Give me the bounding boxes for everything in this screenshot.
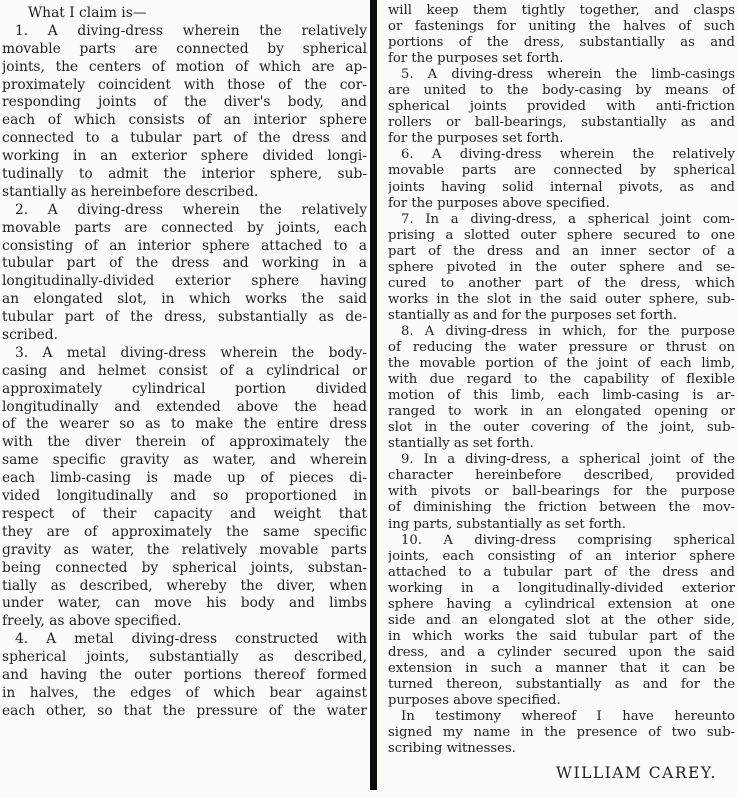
- text-line: with due regard to the capability of fle…: [388, 372, 735, 388]
- text-line: connected to a tubular part of the dress…: [2, 130, 367, 148]
- text-line: for the purposes set forth.: [388, 51, 735, 67]
- text-line: and having the outer portions thereof fo…: [2, 667, 367, 685]
- text-line: stantially as hereinbefore described.: [2, 184, 367, 202]
- column-divider-rule: [370, 0, 377, 790]
- text-line: of diminishing the friction between the …: [388, 500, 735, 516]
- paragraph-claim: 1. A diving-dress wherein the relatively…: [2, 23, 367, 202]
- text-line: stantially as and for the purposes set f…: [388, 308, 735, 324]
- text-line: prising a slotted outer sphere secured t…: [388, 228, 735, 244]
- text-line: purposes above specified.: [388, 693, 735, 709]
- text-line: joints having solid internal pivots, as …: [388, 180, 735, 196]
- text-line: stantially as set forth.: [388, 436, 735, 452]
- text-line: an elongated slot, in which works the sa…: [2, 291, 367, 309]
- text-line: tubular part of the dress and working in…: [2, 255, 367, 273]
- text-line: 1. A diving-dress wherein the relatively: [2, 23, 367, 41]
- text-line: cured to another part of the dress, whic…: [388, 276, 735, 292]
- text-line: movable parts are connected by spherical: [388, 163, 735, 179]
- text-line: rollers or ball-bearings, substantially …: [388, 115, 735, 131]
- paragraph-intro: What I claim is—: [2, 5, 367, 23]
- paragraph-claim: 9. In a diving-dress, a spherical joint …: [388, 452, 735, 532]
- text-line: same specific gravity as water, and wher…: [2, 452, 367, 470]
- paragraph-claim: 7. In a diving-dress, a spherical joint …: [388, 212, 735, 324]
- text-line: dress, and a cylinder secured upon the s…: [388, 645, 735, 661]
- text-line: movable parts are connected by spherical: [2, 41, 367, 59]
- text-line: being connected by spherical joints, sub…: [2, 560, 367, 578]
- text-line: are united to the body-casing by means o…: [388, 83, 735, 99]
- text-line: extension in such a manner that it can b…: [388, 661, 735, 677]
- text-line: longitudinally and extended above the he…: [2, 399, 367, 417]
- paragraph-claim: 3. A metal diving-dress wherein the body…: [2, 345, 367, 631]
- text-line: 7. In a diving-dress, a spherical joint …: [388, 212, 735, 228]
- text-line: works in the slot in the said outer sphe…: [388, 292, 735, 308]
- text-line: with the diver therein of approximately …: [2, 434, 367, 452]
- text-line: character hereinbefore described, provid…: [388, 468, 735, 484]
- text-line: joints, each consisting of an interior s…: [388, 549, 735, 565]
- text-line: working in an exterior sphere divided lo…: [2, 148, 367, 166]
- text-line: approximately cylindrical portion divide…: [2, 381, 367, 399]
- text-line: side and an elongated slot at the other …: [388, 613, 735, 629]
- text-line: 9. In a diving-dress, a spherical joint …: [388, 452, 735, 468]
- text-line: spherical joints provided with anti-fric…: [388, 99, 735, 115]
- text-line: motion of this limb, each limb-casing is…: [388, 388, 735, 404]
- text-line: slot in the outer covering of the joint,…: [388, 420, 735, 436]
- text-line: 2. A diving-dress wherein the relatively: [2, 202, 367, 220]
- text-line: turned thereon, substantially as and for…: [388, 677, 735, 693]
- text-line: proximately coincident with those of the…: [2, 77, 367, 95]
- signature-name: WILLIAM CAREY.: [388, 764, 735, 782]
- text-line: 4. A metal diving-dress constructed with: [2, 631, 367, 649]
- text-line: attached to a tubular part of the dress …: [388, 565, 735, 581]
- text-line: gravity as water, the relatively movable…: [2, 542, 367, 560]
- paragraph-continuation: will keep them tightly together, and cla…: [388, 3, 735, 67]
- paragraph-claim: 6. A diving-dress wherein the relatively…: [388, 147, 735, 211]
- paragraph-claim: 5. A diving-dress wherein the limb-casin…: [388, 67, 735, 147]
- text-line: in halves, the edges of which bear again…: [2, 685, 367, 703]
- text-line: 5. A diving-dress wherein the limb-casin…: [388, 67, 735, 83]
- text-line: scribed.: [2, 327, 367, 345]
- text-line: tially as described, whereby the diver, …: [2, 578, 367, 596]
- text-line: scribing witnesses.: [388, 741, 735, 757]
- right-column: will keep them tightly together, and cla…: [388, 0, 735, 782]
- text-line: 3. A metal diving-dress wherein the body…: [2, 345, 367, 363]
- text-line: vided longitudinally and so proportioned…: [2, 488, 367, 506]
- text-line: ranged to work in an elongated opening o…: [388, 404, 735, 420]
- text-line: of reducing the water pressure or thrust…: [388, 340, 735, 356]
- text-line: longitudinally-divided exterior sphere h…: [2, 273, 367, 291]
- text-line: 8. A diving-dress in which, for the purp…: [388, 324, 735, 340]
- text-line: of the wearer so as to make the entire d…: [2, 416, 367, 434]
- text-line: or fastenings for uniting the halves of …: [388, 19, 735, 35]
- paragraph-claim: 8. A diving-dress in which, for the purp…: [388, 324, 735, 452]
- text-line: freely, as above specified.: [2, 613, 367, 631]
- text-line: each other, so that the pressure of the …: [2, 703, 367, 721]
- text-line: 6. A diving-dress wherein the relatively: [388, 147, 735, 163]
- text-line: portions of the dress, substantially as …: [388, 35, 735, 51]
- text-line: joints, the centers of motion of which a…: [2, 59, 367, 77]
- paragraph-claim: 2. A diving-dress wherein the relatively…: [2, 202, 367, 345]
- text-line: In testimony whereof I have hereunto: [388, 709, 735, 725]
- text-line: for the purposes above specified.: [388, 196, 735, 212]
- paragraph-claim: 4. A metal diving-dress constructed with…: [2, 631, 367, 720]
- text-line: sphere pivoted in the outer sphere and s…: [388, 260, 735, 276]
- text-line: signed my name in the presence of two su…: [388, 725, 735, 741]
- text-line: will keep them tightly together, and cla…: [388, 3, 735, 19]
- patent-claims-page: What I claim is—1. A diving-dress wherei…: [0, 0, 737, 798]
- text-line: tudinally to admit the interior sphere, …: [2, 166, 367, 184]
- text-line: part of the dress and an inner sector of…: [388, 244, 735, 260]
- text-line: working in a longitudinally-divided exte…: [388, 581, 735, 597]
- text-line: the movable portion of the joint of each…: [388, 356, 735, 372]
- text-line: for the purposes set forth.: [388, 131, 735, 147]
- text-line: movable parts are connected by joints, e…: [2, 220, 367, 238]
- text-line: with pivots or ball-bearings for the pur…: [388, 484, 735, 500]
- text-line: under water, can move his body and limbs: [2, 595, 367, 613]
- text-line: spherical joints, substantially as descr…: [2, 649, 367, 667]
- text-line: they are of approximately the same speci…: [2, 524, 367, 542]
- text-line: each limb-casing is made up of pieces di…: [2, 470, 367, 488]
- text-line: What I claim is—: [2, 5, 367, 23]
- text-line: casing and helmet consist of a cylindric…: [2, 363, 367, 381]
- text-line: each of which consists of an interior sp…: [2, 112, 367, 130]
- text-line: 10. A diving-dress comprising spherical: [388, 533, 735, 549]
- text-line: sphere having a cylindrical extension at…: [388, 597, 735, 613]
- paragraph-claim: 10. A diving-dress comprising sphericalj…: [388, 533, 735, 710]
- text-line: in which works the said tubular part of …: [388, 629, 735, 645]
- text-line: consisting of an interior sphere attache…: [2, 238, 367, 256]
- text-line: tubular part of the dress, substantially…: [2, 309, 367, 327]
- text-line: responding joints of the diver's body, a…: [2, 94, 367, 112]
- paragraph-closing: In testimony whereof I have hereuntosign…: [388, 709, 735, 757]
- left-column: What I claim is—1. A diving-dress wherei…: [2, 0, 367, 721]
- text-line: ing parts, substantially as set forth.: [388, 517, 735, 533]
- text-line: respect of their capacity and weight tha…: [2, 506, 367, 524]
